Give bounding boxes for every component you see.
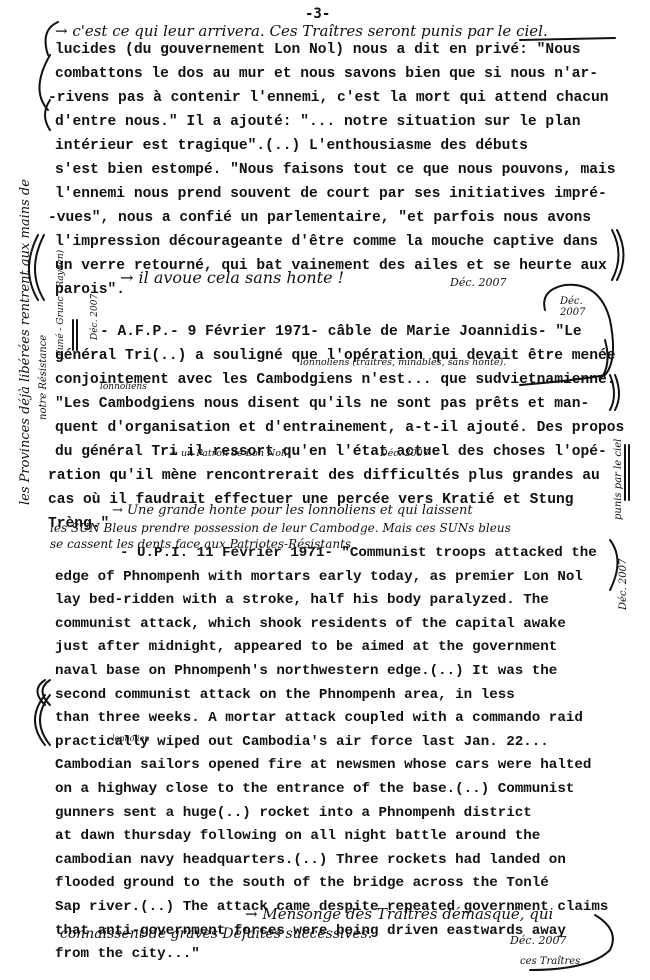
handwritten-marks bbox=[0, 0, 650, 980]
document-page: -3- → c'est ce qui leur arrivera. Ces Tr… bbox=[0, 0, 650, 980]
